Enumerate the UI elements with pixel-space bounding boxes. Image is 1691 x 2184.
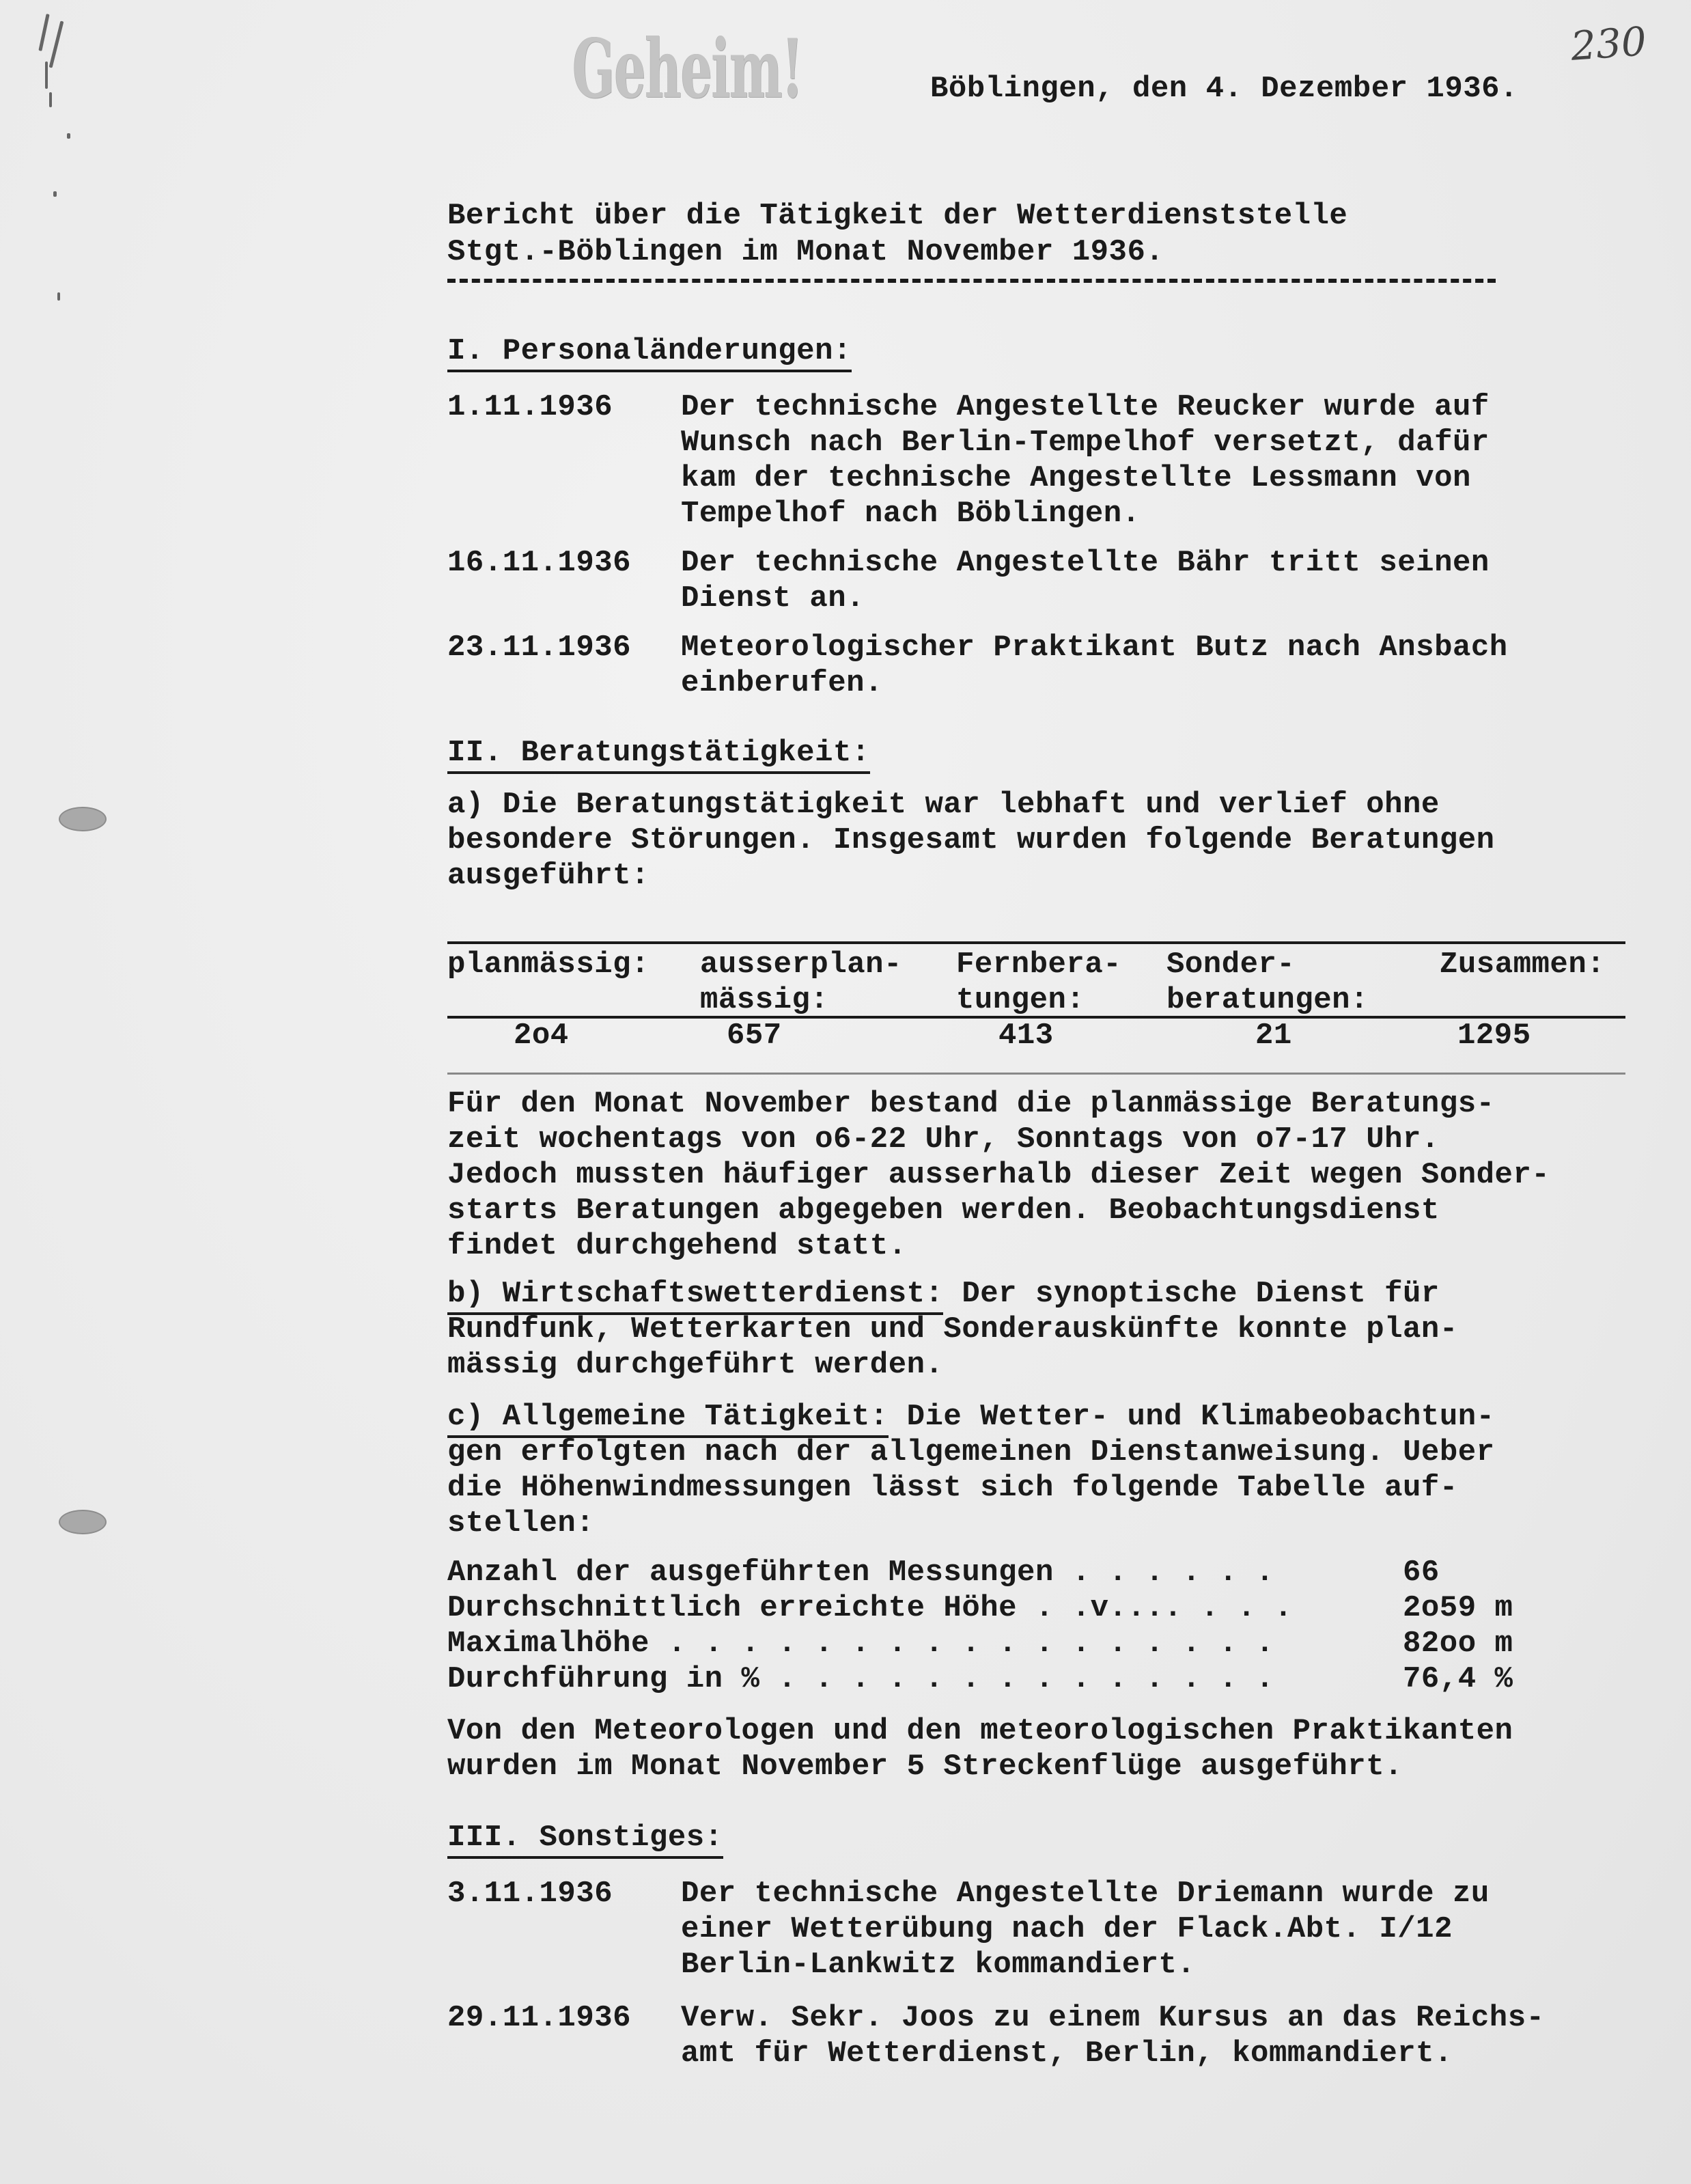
economic-weather-label: b) Wirtschaftswetterdienst: bbox=[447, 1277, 943, 1315]
consulting-hours-line: starts Beratungen abgegeben werden. Beob… bbox=[447, 1193, 1440, 1228]
general-activity-text: Die Wetter- und Klimabeobachtun- bbox=[889, 1400, 1495, 1434]
measurement-value: 76,4 % bbox=[1403, 1661, 1513, 1697]
personnel-entry-3-line: einberufen. bbox=[681, 665, 883, 701]
archive-page-number: 230 bbox=[1569, 18, 1648, 70]
table-header-remote: Fernbera- bbox=[956, 947, 1121, 982]
general-activity-line-1: c) Allgemeine Tätigkeit: Die Wetter- und… bbox=[447, 1399, 1495, 1435]
table-header-special-cont: beratungen: bbox=[1166, 982, 1369, 1018]
secret-stamp: Geheim! bbox=[572, 25, 802, 113]
consulting-hours-line: Für den Monat November bestand die planm… bbox=[447, 1086, 1495, 1122]
table-value-unplanned: 657 bbox=[727, 1018, 782, 1053]
measurement-value: 82oo m bbox=[1403, 1626, 1513, 1661]
margin-ink-mark bbox=[49, 92, 52, 107]
consulting-a-line: ausgeführt: bbox=[447, 858, 649, 894]
place-date: Böblingen, den 4. Dezember 1936. bbox=[930, 71, 1518, 107]
measurement-label: Maximalhöhe . . . . . . . . . . . . . . … bbox=[447, 1626, 1274, 1661]
document-page: Geheim! 230 Böblingen, den 4. Dezember 1… bbox=[0, 0, 1691, 2184]
misc-entry-1-line: einer Wetterübung nach der Flack.Abt. I/… bbox=[681, 1911, 1453, 1947]
misc-date-2: 29.11.1936 bbox=[447, 2000, 631, 2036]
table-value-remote: 413 bbox=[998, 1018, 1054, 1053]
economic-weather-line-1: b) Wirtschaftswetterdienst: Der synoptis… bbox=[447, 1276, 1440, 1312]
misc-entry-1-line: Der technische Angestellte Driemann wurd… bbox=[681, 1876, 1490, 1911]
personnel-entry-1-line: Wunsch nach Berlin-Tempelhof versetzt, d… bbox=[681, 425, 1490, 460]
table-header-remote-cont: tungen: bbox=[956, 982, 1085, 1018]
misc-entry-2-line: Verw. Sekr. Joos zu einem Kursus an das … bbox=[681, 2000, 1545, 2036]
general-activity-line: die Höhenwindmessungen lässt sich folgen… bbox=[447, 1470, 1458, 1506]
consulting-hours-line: Jedoch mussten häufiger ausserhalb diese… bbox=[447, 1157, 1550, 1193]
personnel-date-1: 1.11.1936 bbox=[447, 389, 613, 425]
measurement-value: 66 bbox=[1403, 1555, 1440, 1590]
misc-entry-2-line: amt für Wetterdienst, Berlin, kommandier… bbox=[681, 2036, 1453, 2071]
consulting-hours-line: findet durchgehend statt. bbox=[447, 1228, 907, 1264]
measurement-label: Durchführung in % . . . . . . . . . . . … bbox=[447, 1661, 1274, 1697]
margin-ink-mark bbox=[53, 191, 57, 197]
personnel-entry-2-line: Dienst an. bbox=[681, 581, 865, 616]
table-header-planned: planmässig: bbox=[447, 947, 649, 982]
route-flights-line: wurden im Monat November 5 Streckenflüge… bbox=[447, 1749, 1403, 1784]
measurement-label: Anzahl der ausgeführten Messungen . . . … bbox=[447, 1555, 1274, 1590]
personnel-date-3: 23.11.1936 bbox=[447, 630, 631, 665]
section-heading-consulting: II. Beratungstätigkeit: bbox=[447, 735, 870, 771]
punch-hole bbox=[59, 1510, 107, 1534]
margin-ink-mark bbox=[49, 20, 64, 68]
personnel-entry-3-line: Meteorologischer Praktikant Butz nach An… bbox=[681, 630, 1508, 665]
general-activity-label: c) Allgemeine Tätigkeit: bbox=[447, 1400, 889, 1438]
table-header-unplanned: ausserplan- bbox=[700, 947, 902, 982]
consulting-hours-line: zeit wochentags von o6-22 Uhr, Sonntags … bbox=[447, 1122, 1440, 1157]
general-activity-line: gen erfolgten nach der allgemeinen Diens… bbox=[447, 1435, 1495, 1470]
personnel-entry-1-line: Tempelhof nach Böblingen. bbox=[681, 496, 1141, 531]
punch-hole bbox=[59, 807, 107, 831]
economic-weather-line: mässig durchgeführt werden. bbox=[447, 1347, 943, 1383]
report-title-line-2: Stgt.-Böblingen im Monat November 1936. bbox=[447, 234, 1164, 270]
margin-ink-mark bbox=[57, 292, 60, 301]
margin-ink-mark bbox=[67, 133, 70, 139]
economic-weather-text: Der synoptische Dienst für bbox=[943, 1277, 1439, 1311]
personnel-entry-1-line: kam der technische Angestellte Lessmann … bbox=[681, 460, 1471, 496]
misc-entry-1-line: Berlin-Lankwitz kommandiert. bbox=[681, 1947, 1195, 1982]
personnel-date-2: 16.11.1936 bbox=[447, 545, 631, 581]
table-bottom-rule bbox=[447, 1073, 1625, 1075]
measurement-value: 2o59 m bbox=[1403, 1590, 1513, 1626]
economic-weather-line: Rundfunk, Wetterkarten und Sonderauskünf… bbox=[447, 1312, 1458, 1347]
misc-date-1: 3.11.1936 bbox=[447, 1876, 613, 1911]
table-header-total: Zusammen: bbox=[1440, 947, 1605, 982]
section-heading-personnel: I. Personaländerungen: bbox=[447, 333, 852, 369]
title-divider bbox=[447, 279, 1496, 283]
route-flights-line: Von den Meteorologen und den meteorologi… bbox=[447, 1713, 1513, 1749]
personnel-entry-1-line: Der technische Angestellte Reucker wurde… bbox=[681, 389, 1490, 425]
margin-ink-mark bbox=[38, 14, 49, 51]
table-top-rule bbox=[447, 941, 1625, 944]
general-activity-line: stellen: bbox=[447, 1506, 594, 1541]
margin-ink-mark bbox=[45, 61, 48, 89]
table-value-planned: 2o4 bbox=[514, 1018, 569, 1053]
personnel-entry-2-line: Der technische Angestellte Bähr tritt se… bbox=[681, 545, 1490, 581]
table-value-special: 21 bbox=[1255, 1018, 1292, 1053]
table-header-unplanned-cont: mässig: bbox=[700, 982, 828, 1018]
consulting-a-line: besondere Störungen. Insgesamt wurden fo… bbox=[447, 823, 1495, 858]
section-heading-misc: III. Sonstiges: bbox=[447, 1820, 723, 1855]
consulting-a-line: a) Die Beratungstätigkeit war lebhaft un… bbox=[447, 787, 1440, 823]
table-value-total: 1295 bbox=[1457, 1018, 1531, 1053]
measurement-label: Durchschnittlich erreichte Höhe . .v....… bbox=[447, 1590, 1293, 1626]
table-header-special: Sonder- bbox=[1166, 947, 1295, 982]
report-title-line-1: Bericht über die Tätigkeit der Wetterdie… bbox=[447, 198, 1347, 234]
